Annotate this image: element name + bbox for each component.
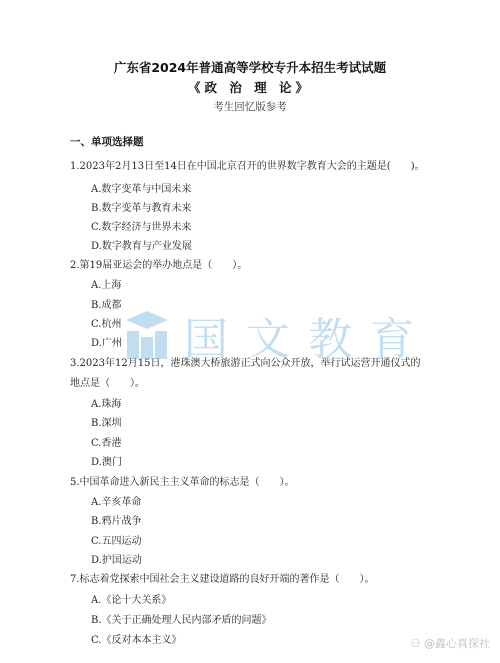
document-subtitle: 《政 治 理 论》 [0, 78, 500, 96]
option: C.数字经济与世界未来 [91, 218, 191, 233]
option: B.鸦片战争 [91, 512, 142, 527]
option: C.杭州 [91, 315, 121, 330]
question-3-cont: 地点是（ ）。 [70, 374, 145, 389]
option: D.广州 [91, 334, 122, 349]
option: B.数字变革与教育未来 [91, 199, 192, 214]
option: A.辛亥革命 [91, 493, 141, 508]
option: A.上海 [91, 276, 121, 291]
option: C.香港 [91, 434, 121, 449]
option: D.护国运动 [91, 551, 142, 566]
watermark: 国文教育 [122, 303, 432, 367]
document-title: 广东省2024年普通高等学校专升本招生考试试题 [0, 58, 500, 76]
section-heading: 一、单项选择题 [70, 134, 144, 149]
graduation-cap-book-icon [122, 309, 172, 361]
question-5: 5.中国革命进入新民主主义革命的标志是（ ）。 [70, 473, 295, 488]
question-2: 2.第19届亚运会的举办地点是（ ）。 [70, 256, 247, 271]
option: B.成都 [91, 296, 122, 311]
question-1: 1.2023年2月13日至14日在中国北京召开的世界数字教育大会的主题是( )。 [70, 157, 425, 172]
source-credit: ⚇ @鑫心真探社 [411, 635, 490, 651]
question-7: 7.标志着党探索中国社会主义建设道路的良好开端的著作是（ ）。 [70, 570, 375, 585]
option: C.五四运动 [91, 532, 141, 547]
option: A.数字变革与中国未来 [91, 180, 191, 195]
option: B.深圳 [91, 414, 122, 429]
option: A.《论十大关系》 [91, 591, 171, 606]
option: C.《反对本本主义》 [91, 631, 181, 646]
option: A.珠海 [91, 395, 121, 410]
option: D.数字教育与产业发展 [91, 237, 192, 252]
option: B.《关于正确处理人民内部矛盾的问题》 [91, 611, 272, 626]
watermark-text: 国文教育 [184, 303, 432, 367]
option: D.澳门 [91, 453, 122, 468]
document-note: 考生回忆版参考 [0, 99, 500, 114]
